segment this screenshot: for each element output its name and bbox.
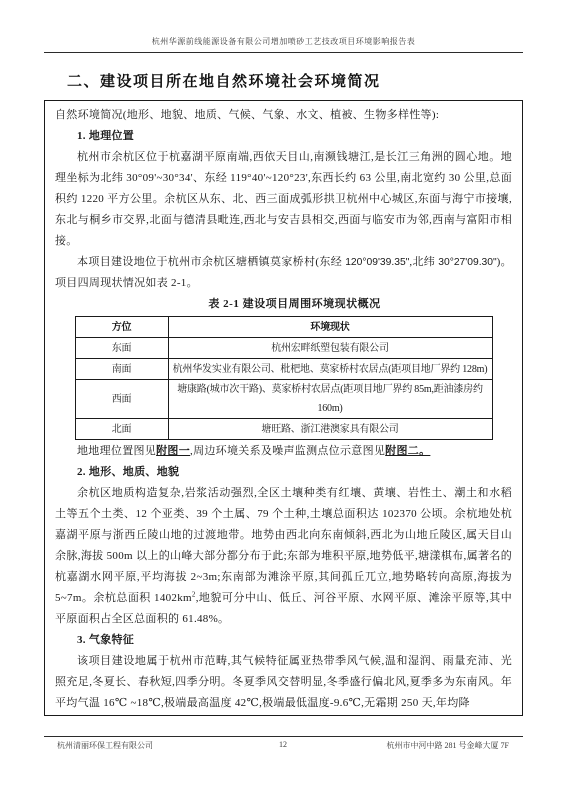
document-page: 杭州华源前线能源设备有限公司增加喷砂工艺技改项目环境影响报告表 二、建设项目所在… bbox=[0, 0, 565, 800]
table-row: 西面 塘康路(城市次干路)、莫家桥村农居点(距项目地厂界约 85m,距油漆房约 … bbox=[75, 380, 492, 419]
table-row: 东面 杭州宏畔纸塑包装有限公司 bbox=[75, 338, 492, 359]
cell-status-south: 杭州华发实业有限公司、枇杷地、莫家桥村农居点(距项目地厂界约 128m) bbox=[168, 359, 492, 380]
para-geography: 杭州市余杭区位于杭嘉湖平原南端,西依天目山,南濒钱塘江,是长江三角洲的圆心地。地… bbox=[55, 147, 512, 252]
cell-direction-north: 北面 bbox=[75, 419, 168, 440]
header-title: 杭州华源前线能源设备有限公司增加喷砂工艺技改项目环境影响报告表 bbox=[44, 36, 523, 53]
cell-status-north: 塘旺路、浙江港澳家具有限公司 bbox=[168, 419, 492, 440]
figure-ref-2: 附图二。 bbox=[385, 445, 430, 457]
para-project-location: 本项目建设地位于杭州市余杭区塘栖镇莫家桥村(东经 120°09'39.35",北… bbox=[55, 252, 512, 294]
para-figure-refs: 地地理位置图见附图一,周边环境关系及噪声监测点位示意图见附图二。 bbox=[55, 441, 512, 462]
table-caption: 表 2-1 建设项目周围环境现状概况 bbox=[55, 294, 512, 315]
heading-meteorology: 3. 气象特征 bbox=[55, 630, 512, 651]
table-header-row: 方位 环境现状 bbox=[75, 317, 492, 338]
para-terrain: 余杭区地质构造复杂,岩浆活动强烈,全区土壤种类有红壤、黄壤、岩性土、潮土和水稻土… bbox=[55, 483, 512, 630]
footer-address: 杭州市中河中路 281 号金峰大厦 7F bbox=[303, 740, 523, 751]
para-figure-refs-b: ,周边环境关系及噪声监测点位示意图见 bbox=[190, 445, 385, 457]
lead-text: 自然环境简况(地形、地貌、地质、气候、气象、水文、植被、生物多样性等): bbox=[55, 105, 512, 126]
section-title: 二、建设项目所在地自然环境社会环境简况 bbox=[67, 70, 381, 91]
content-box: 自然环境简况(地形、地貌、地质、气候、气象、水文、植被、生物多样性等): 1. … bbox=[44, 100, 523, 716]
para-terrain-a: 余杭区地质构造复杂,岩浆活动强烈,全区土壤种类有红壤、黄壤、岩性土、潮土和水稻土… bbox=[55, 487, 512, 604]
cell-direction-east: 东面 bbox=[75, 338, 168, 359]
col-header-status: 环境现状 bbox=[168, 317, 492, 338]
cell-status-east: 杭州宏畔纸塑包装有限公司 bbox=[168, 338, 492, 359]
heading-terrain-geology: 2. 地形、地质、地貌 bbox=[55, 462, 512, 483]
coordinate-north: 30°27'09.30" bbox=[438, 257, 496, 268]
col-header-direction: 方位 bbox=[75, 317, 168, 338]
footer-page-number: 12 bbox=[263, 740, 303, 749]
cell-direction-west: 西面 bbox=[75, 380, 168, 419]
env-status-table: 方位 环境现状 东面 杭州宏畔纸塑包装有限公司 南面 杭州华发实业有限公司、枇杷… bbox=[75, 316, 493, 440]
heading-geographic-location: 1. 地理位置 bbox=[55, 126, 512, 147]
para-project-location-b: ,北纬 bbox=[409, 256, 438, 268]
table-row: 北面 塘旺路、浙江港澳家具有限公司 bbox=[75, 419, 492, 440]
table-row: 南面 杭州华发实业有限公司、枇杷地、莫家桥村农居点(距项目地厂界约 128m) bbox=[75, 359, 492, 380]
footer: 杭州清丽环保工程有限公司 12 杭州市中河中路 281 号金峰大厦 7F bbox=[44, 736, 523, 751]
para-figure-refs-a: 地地理位置图见 bbox=[77, 445, 156, 457]
footer-company: 杭州清丽环保工程有限公司 bbox=[44, 740, 263, 751]
coordinate-east: 120°09'39.35" bbox=[345, 257, 409, 268]
cell-direction-south: 南面 bbox=[75, 359, 168, 380]
cell-status-west: 塘康路(城市次干路)、莫家桥村农居点(距项目地厂界约 85m,距油漆房约 160… bbox=[168, 380, 492, 419]
para-project-location-a: 本项目建设地位于杭州市余杭区塘栖镇莫家桥村(东经 bbox=[77, 256, 345, 268]
para-climate: 该项目建设地属于杭州市范畴,其气候特征属亚热带季风气候,温和湿润、雨量充沛、光照… bbox=[55, 651, 512, 714]
figure-ref-1: 附图一 bbox=[156, 445, 190, 457]
